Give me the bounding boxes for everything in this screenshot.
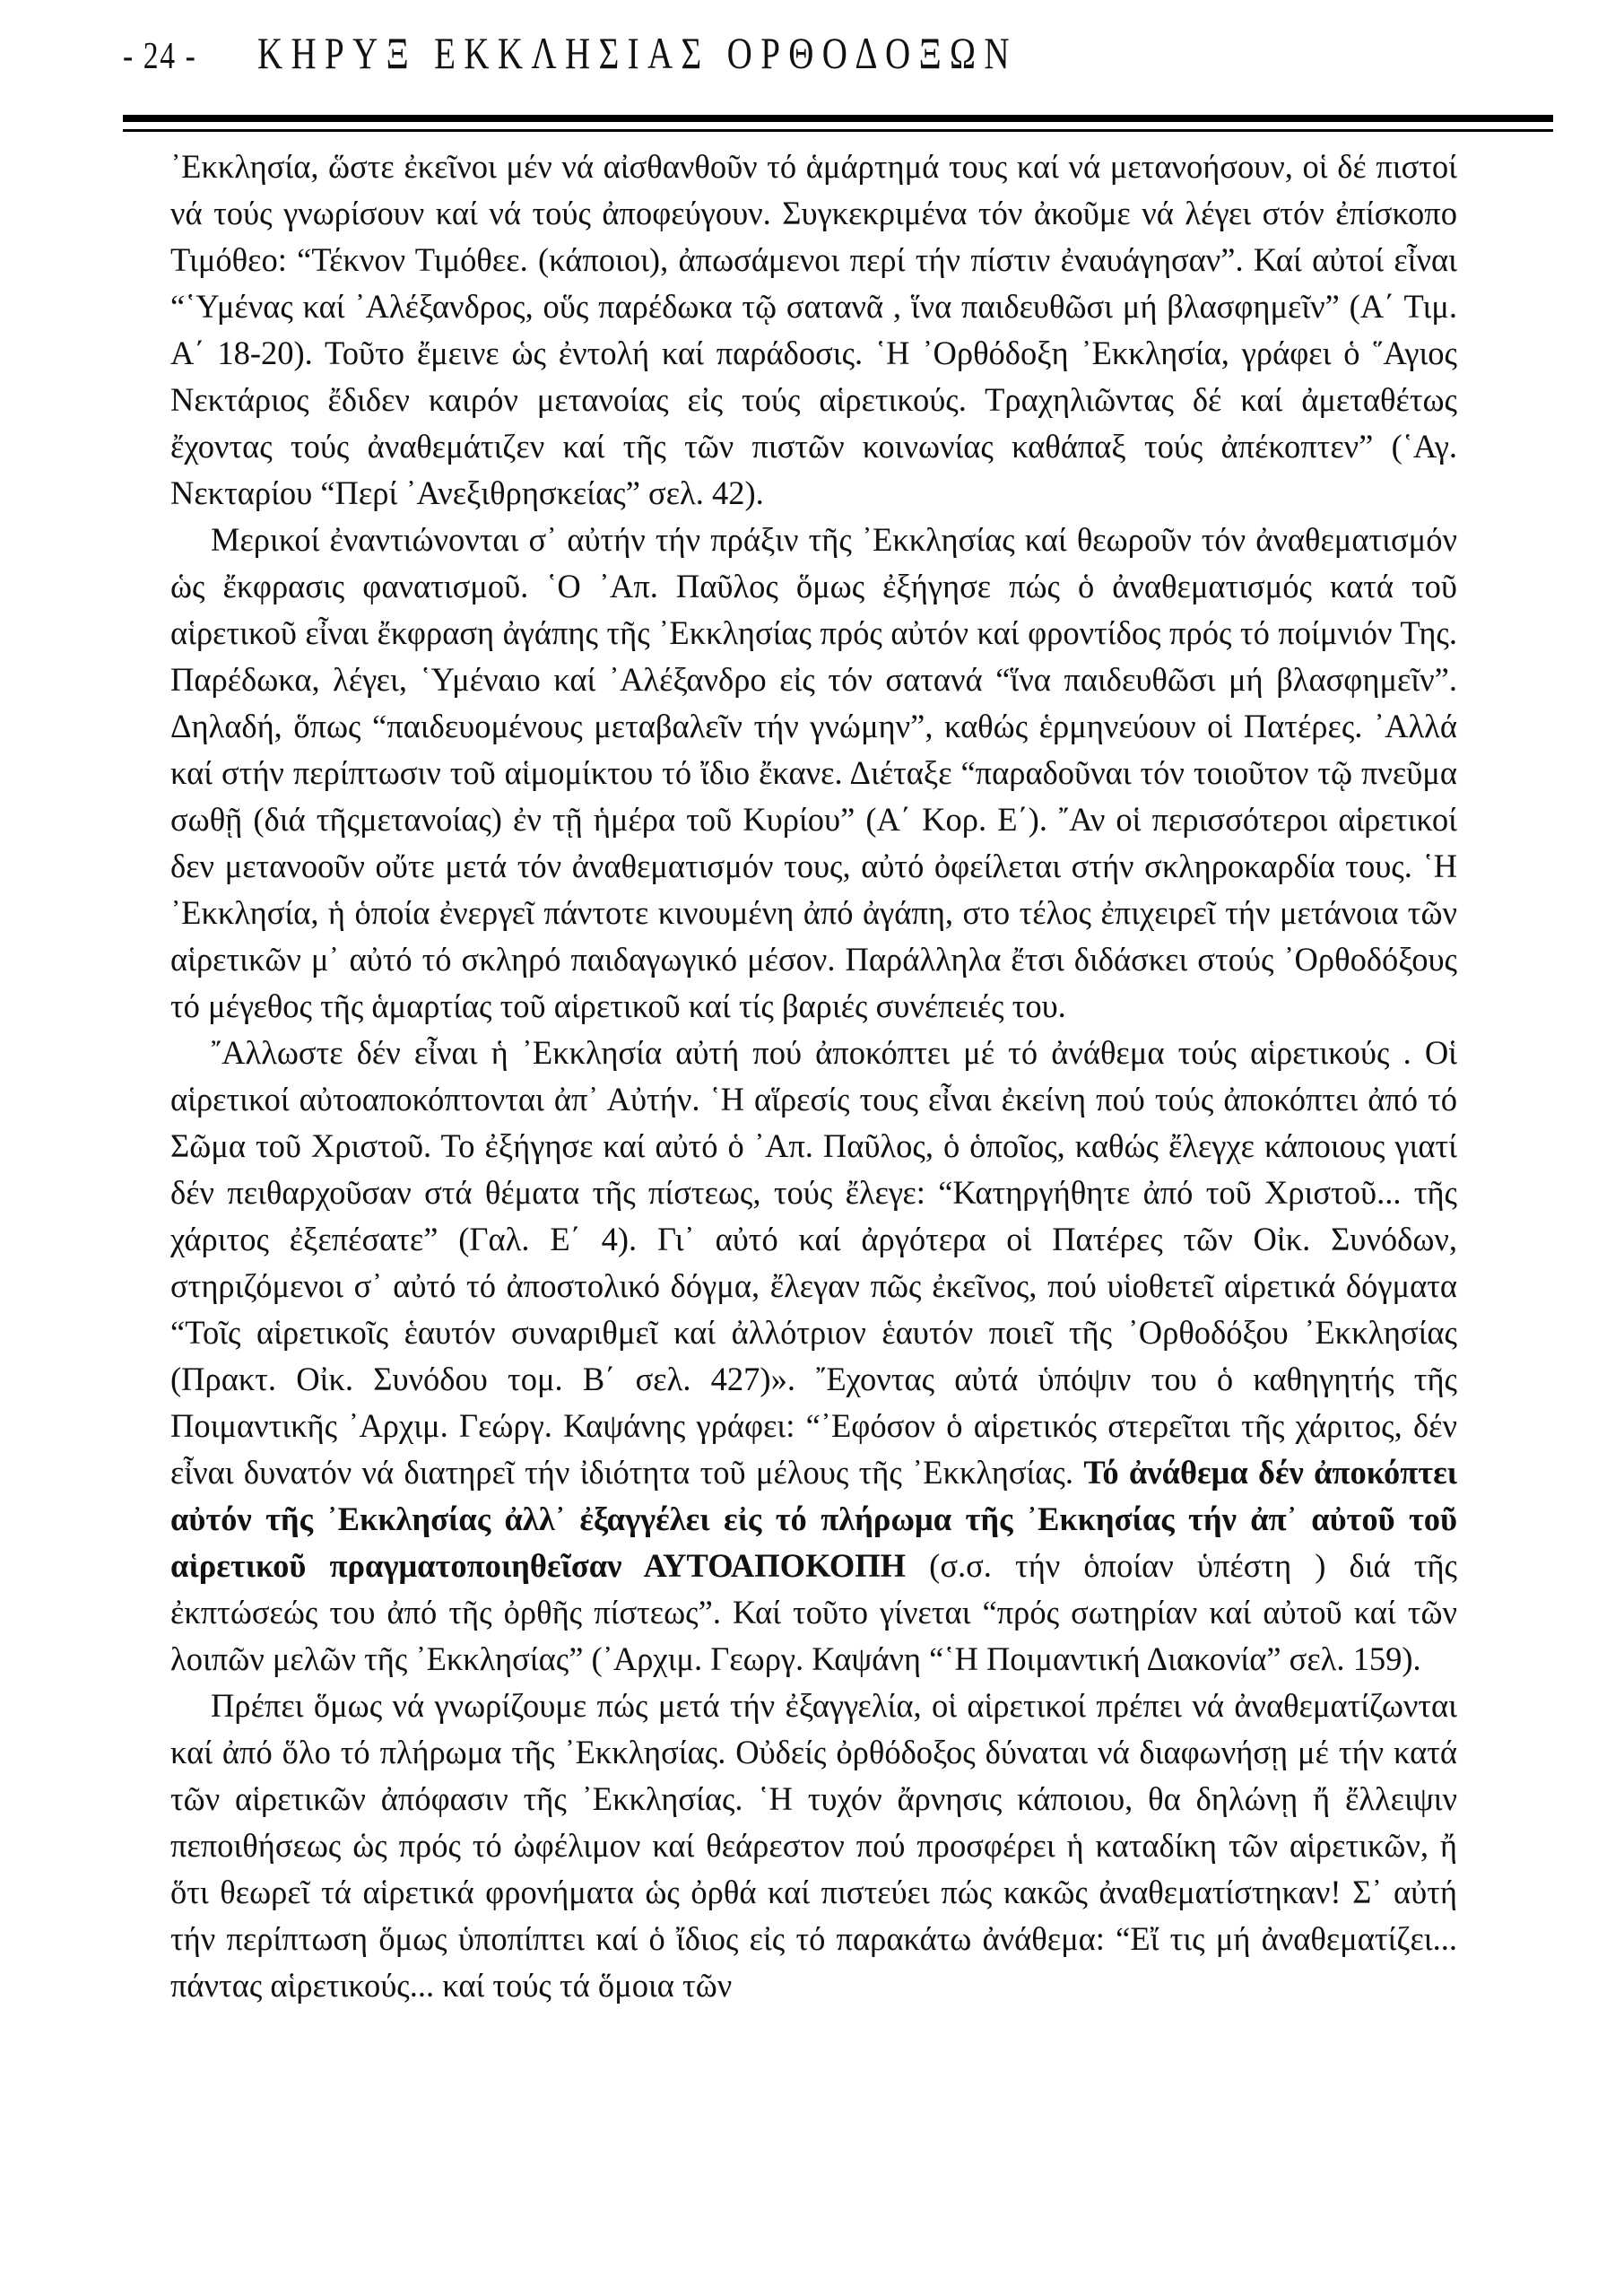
paragraph: ᾿Εκκλησία, ὥστε ἐκεῖνοι μέν νά αἰσθανθοῦ…	[170, 143, 1457, 517]
paragraph-text: ᾿Εκκλησία, ὥστε ἐκεῖνοι μέν νά αἰσθανθοῦ…	[170, 148, 1457, 511]
paragraph: Πρέπει ὅμως νά γνωρίζουμε πώς μετά τήν ἐ…	[170, 1683, 1457, 2009]
page-header: - 24 - ΚΗΡΥΞ ΕΚΚΛΗΣΙΑΣ ΟΡΘΟΔΟΞΩΝ	[123, 27, 1553, 81]
article-body: ᾿Εκκλησία, ὥστε ἐκεῖνοι μέν νά αἰσθανθοῦ…	[170, 143, 1457, 2009]
paragraph: ῎Αλλωστε δέν εἶναι ἡ ᾿Εκκλησία αὐτή πού …	[170, 1030, 1457, 1683]
paragraph-text: Μερικοί ἐναντιώνονται σ᾿ αὐτήν τήν πράξι…	[170, 521, 1457, 1024]
header-rule-thick	[123, 115, 1553, 122]
paragraph-text: Πρέπει ὅμως νά γνωρίζουμε πώς μετά τήν ἐ…	[170, 1687, 1457, 2004]
page-number: - 24 -	[123, 35, 230, 78]
paragraph-text: ῎Αλλωστε δέν εἶναι ἡ ᾿Εκκλησία αὐτή πού …	[170, 1034, 1457, 1491]
running-title: ΚΗΡΥΞ ΕΚΚΛΗΣΙΑΣ ΟΡΘΟΔΟΞΩΝ	[257, 27, 1018, 79]
paragraph: Μερικοί ἐναντιώνονται σ᾿ αὐτήν τήν πράξι…	[170, 517, 1457, 1030]
header-rule-thin	[123, 129, 1553, 132]
